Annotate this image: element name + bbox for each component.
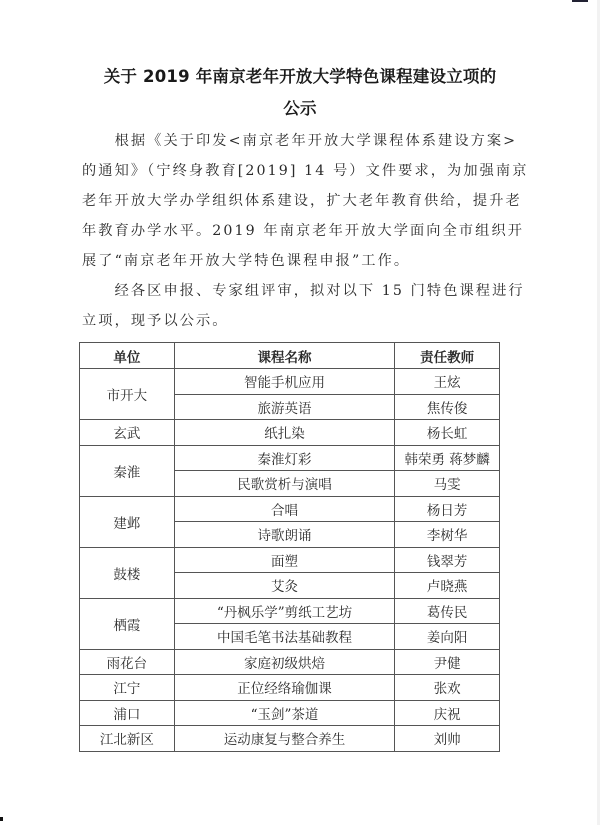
unit-cell: 雨花台 — [80, 649, 175, 675]
table-header-row: 单位 课程名称 责任教师 — [80, 343, 500, 369]
table-row: 建邺 合唱 杨日芳 — [80, 496, 500, 522]
course-cell: 诗歌朗诵 — [174, 522, 394, 548]
paragraph-intro: 根据《关于印发<南京老年开放大学课程体系建设方案> 的通知》（宁终身教育[201… — [82, 126, 522, 276]
course-cell: 秦淮灯彩 — [174, 445, 394, 471]
table-row: 秦淮 秦淮灯彩 韩荣勇 蒋梦麟 — [80, 445, 500, 471]
table-row: 雨花台 家庭初级烘焙 尹健 — [80, 649, 500, 675]
unit-cell: 建邺 — [80, 496, 175, 547]
paragraph-line: 经各区申报、专家组评审，拟对以下 15 门特色课程进行 — [82, 276, 522, 306]
table-row: 江北新区 运动康复与整合养生 刘帅 — [80, 726, 500, 752]
teacher-cell: 刘帅 — [395, 726, 500, 752]
table-row: 栖霞 “丹枫乐学”剪纸工艺坊 葛传民 — [80, 598, 500, 624]
course-cell: 运动康复与整合养生 — [174, 726, 394, 752]
scan-speck — [0, 817, 3, 821]
courses-table: 单位 课程名称 责任教师 市开大 智能手机应用 王炫 旅游英语 焦传俊 玄武 纸… — [79, 342, 500, 752]
paragraph-line: 年教育办学水平。2019 年南京老年开放大学面向全市组织开 — [82, 216, 522, 246]
course-cell: 旅游英语 — [174, 394, 394, 420]
unit-cell: 市开大 — [80, 369, 175, 420]
unit-cell: 栖霞 — [80, 598, 175, 649]
course-cell: “丹枫乐学”剪纸工艺坊 — [174, 598, 394, 624]
unit-cell: 玄武 — [80, 420, 175, 446]
table-row: 市开大 智能手机应用 王炫 — [80, 369, 500, 395]
teacher-cell: 钱翠芳 — [395, 547, 500, 573]
course-cell: “玉剑”茶道 — [174, 700, 394, 726]
course-cell: 民歌赏析与演唱 — [174, 471, 394, 497]
paragraph-line: 老年开放大学办学组织体系建设，扩大老年教育供给，提升老 — [82, 186, 522, 216]
paragraph-line: 的通知》（宁终身教育[2019] 14 号）文件要求，为加强南京 — [82, 156, 522, 186]
teacher-cell: 王炫 — [395, 369, 500, 395]
unit-cell: 江宁 — [80, 675, 175, 701]
paragraph-line: 立项，现予以公示。 — [82, 306, 522, 336]
teacher-cell: 姜向阳 — [395, 624, 500, 650]
course-cell: 面塑 — [174, 547, 394, 573]
teacher-cell: 杨长虹 — [395, 420, 500, 446]
paragraph-announcement: 经各区申报、专家组评审，拟对以下 15 门特色课程进行 立项，现予以公示。 — [82, 276, 522, 336]
header-teacher: 责任教师 — [395, 343, 500, 369]
document-title-line2: 公示 — [0, 95, 600, 119]
unit-cell: 浦口 — [80, 700, 175, 726]
table-row: 玄武 纸扎染 杨长虹 — [80, 420, 500, 446]
teacher-cell: 葛传民 — [395, 598, 500, 624]
teacher-cell: 韩荣勇 蒋梦麟 — [395, 445, 500, 471]
course-cell: 合唱 — [174, 496, 394, 522]
scan-corner-mark — [572, 0, 588, 2]
header-unit: 单位 — [80, 343, 175, 369]
teacher-cell: 张欢 — [395, 675, 500, 701]
teacher-cell: 马雯 — [395, 471, 500, 497]
unit-cell: 江北新区 — [80, 726, 175, 752]
course-cell: 正位经络瑜伽课 — [174, 675, 394, 701]
header-course: 课程名称 — [174, 343, 394, 369]
unit-cell: 秦淮 — [80, 445, 175, 496]
paragraph-line: 根据《关于印发<南京老年开放大学课程体系建设方案> — [82, 126, 522, 156]
teacher-cell: 庆祝 — [395, 700, 500, 726]
teacher-cell: 杨日芳 — [395, 496, 500, 522]
course-cell: 艾灸 — [174, 573, 394, 599]
table-row: 浦口 “玉剑”茶道 庆祝 — [80, 700, 500, 726]
table-row: 江宁 正位经络瑜伽课 张欢 — [80, 675, 500, 701]
course-cell: 纸扎染 — [174, 420, 394, 446]
course-cell: 中国毛笔书法基础教程 — [174, 624, 394, 650]
document-page: 关于 2019 年南京老年开放大学特色课程建设立项的 公示 根据《关于印发<南京… — [0, 0, 600, 825]
course-cell: 家庭初级烘焙 — [174, 649, 394, 675]
course-cell: 智能手机应用 — [174, 369, 394, 395]
document-title-line1: 关于 2019 年南京老年开放大学特色课程建设立项的 — [0, 63, 600, 87]
teacher-cell: 尹健 — [395, 649, 500, 675]
teacher-cell: 卢晓燕 — [395, 573, 500, 599]
teacher-cell: 焦传俊 — [395, 394, 500, 420]
unit-cell: 鼓楼 — [80, 547, 175, 598]
teacher-cell: 李树华 — [395, 522, 500, 548]
table-row: 鼓楼 面塑 钱翠芳 — [80, 547, 500, 573]
paragraph-line: 展了“南京老年开放大学特色课程申报”工作。 — [82, 246, 522, 276]
